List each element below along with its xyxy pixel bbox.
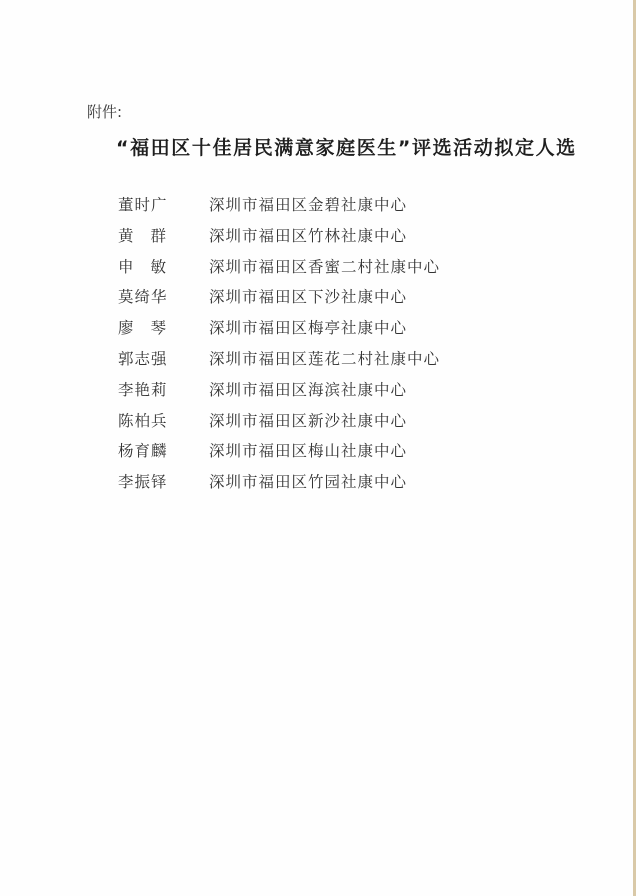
candidate-row: 李振铎 深圳市福田区竹园社康中心	[118, 471, 440, 502]
candidate-name: 杨育麟	[118, 440, 209, 462]
candidate-organization: 深圳市福田区莲花二村社康中心	[209, 348, 440, 370]
candidate-list: 董时广 深圳市福田区金碧社康中心 黄群 深圳市福田区竹林社康中心 申敏 深圳市福…	[118, 194, 440, 502]
candidate-name: 陈柏兵	[118, 410, 209, 432]
candidate-row: 陈柏兵 深圳市福田区新沙社康中心	[118, 410, 440, 441]
candidate-row: 申敏 深圳市福田区香蜜二村社康中心	[118, 256, 440, 287]
candidate-row: 莫绮华 深圳市福田区下沙社康中心	[118, 286, 440, 317]
candidate-organization: 深圳市福田区梅山社康中心	[209, 440, 407, 462]
candidate-organization: 深圳市福田区下沙社康中心	[209, 286, 407, 308]
candidate-row: 杨育麟 深圳市福田区梅山社康中心	[118, 440, 440, 471]
candidate-row: 廖琴 深圳市福田区梅亭社康中心	[118, 317, 440, 348]
document-page: 附件: “福田区十佳居民满意家庭医生”评选活动拟定人选 董时广 深圳市福田区金碧…	[0, 0, 633, 896]
candidate-organization: 深圳市福田区竹林社康中心	[209, 225, 407, 247]
candidate-organization: 深圳市福田区海滨社康中心	[209, 379, 407, 401]
candidate-organization: 深圳市福田区金碧社康中心	[209, 194, 407, 216]
candidate-organization: 深圳市福田区竹园社康中心	[209, 471, 407, 493]
candidate-row: 黄群 深圳市福田区竹林社康中心	[118, 225, 440, 256]
candidate-organization: 深圳市福田区新沙社康中心	[209, 410, 407, 432]
candidate-name: 廖琴	[118, 317, 209, 339]
candidate-organization: 深圳市福田区梅亭社康中心	[209, 317, 407, 339]
candidate-name: 郭志强	[118, 348, 209, 370]
candidate-name: 董时广	[118, 194, 209, 216]
candidate-name: 申敏	[118, 256, 209, 278]
candidate-name: 李振铎	[118, 471, 209, 493]
document-title: “福田区十佳居民满意家庭医生”评选活动拟定人选	[116, 135, 577, 161]
candidate-name: 莫绮华	[118, 286, 209, 308]
candidate-row: 董时广 深圳市福田区金碧社康中心	[118, 194, 440, 225]
candidate-name: 黄群	[118, 225, 209, 247]
candidate-name: 李艳莉	[118, 379, 209, 401]
candidate-organization: 深圳市福田区香蜜二村社康中心	[209, 256, 440, 278]
candidate-row: 李艳莉 深圳市福田区海滨社康中心	[118, 379, 440, 410]
candidate-row: 郭志强 深圳市福田区莲花二村社康中心	[118, 348, 440, 379]
attachment-label: 附件:	[87, 102, 122, 122]
